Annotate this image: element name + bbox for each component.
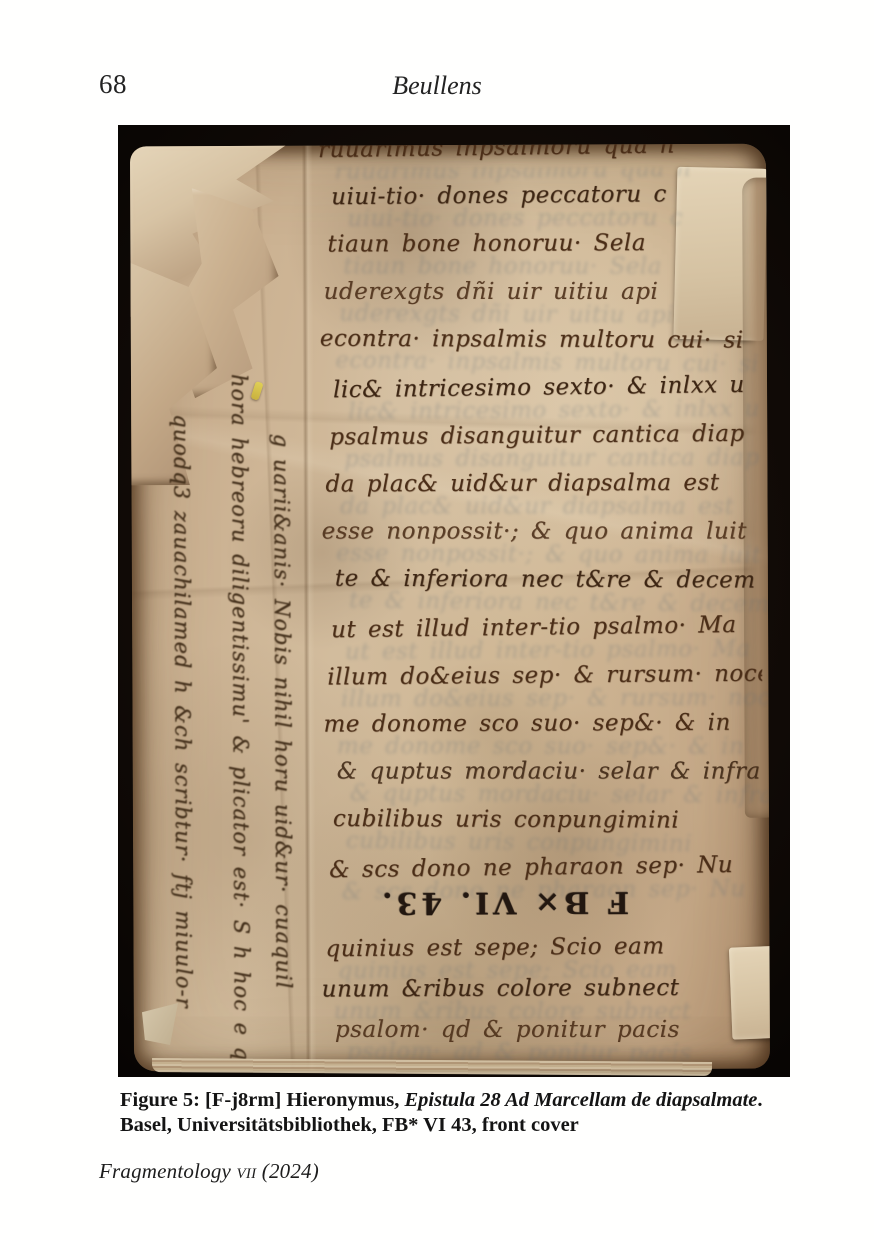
manuscript-line: te & inferiora nec t&re & decem — [335, 566, 756, 594]
journal-footer: Fragmentology vii (2024) — [99, 1159, 319, 1184]
running-head: Beullens — [0, 71, 874, 101]
footer-volume: vii — [237, 1159, 257, 1183]
manuscript-line: quinius est sepe; Scio eam — [325, 933, 664, 962]
marginalia-middle-line: hora hebreoru diligentissimu' & plicator… — [227, 374, 254, 1061]
manuscript-line: unum &ribus colore subnect — [322, 975, 680, 1003]
manuscript-line: illum do&eius sep· & rursum· noce — [327, 661, 764, 691]
manuscript-line: esse nonpossit·; & quo anima luit — [322, 519, 747, 545]
manuscript-line: psalmus disanguitur cantica diap — [329, 421, 745, 451]
manuscript-line: & quptus mordaciu· selar & infra — [337, 759, 761, 785]
footer-year: (2024) — [262, 1159, 319, 1183]
manuscript-line: ruuarimus inpsalmoru qua h — [318, 144, 676, 163]
manuscript-front-cover: ruuarimus inpsalmoru qua huiui-tio· done… — [130, 144, 770, 1072]
manuscript-line: ut est illud inter-tio psalmo· Ma — [331, 612, 737, 643]
caption-lead: Figure 5: [F-j8rm] Hieronymus, — [120, 1089, 404, 1111]
shelfmark-stamp: F B× VI. 43. — [369, 875, 629, 920]
marginalia-inner-line: g uarii&anis· Nobis nihil horu uid&ur· c… — [269, 434, 295, 990]
book-bottom-page-edges — [152, 1058, 712, 1076]
caption-after-title: . — [757, 1089, 762, 1111]
manuscript-text-block: ruuarimus inpsalmoru qua huiui-tio· done… — [318, 144, 764, 1071]
caption-title: Epistula 28 Ad Marcellam de diapsalmate — [404, 1089, 757, 1111]
caption-line2: Basel, Universitätsbibliothek, FB* VI 43… — [120, 1114, 579, 1136]
manuscript-line: psalom· qd & ponitur pacis — [335, 1017, 680, 1043]
journal-page: 68 Beullens ruuarimus inpsalmoru qua hui… — [0, 0, 874, 1240]
parchment-fold — [158, 188, 279, 399]
manuscript-line: uiui-tio· dones peccatoru c — [331, 181, 667, 210]
yellow-thread — [250, 381, 263, 401]
footer-journal: Fragmentology — [99, 1159, 231, 1183]
marginalia-outer-line: quodq3 zauachilamed h &ch scribtur· ftj … — [169, 414, 196, 1008]
manuscript-line: uderexgts dñi uir uitiu api — [324, 279, 659, 305]
manuscript-line: tiaun bone honoruu· Sela — [327, 230, 646, 257]
manuscript-line: lic& intricesimo sexto· & inlxx u — [333, 372, 745, 403]
manuscript-line: econtra· inpsalmis multoru cui· si — [320, 326, 744, 354]
manuscript-line: me donome sco suo· sep&· & in — [323, 710, 730, 738]
manuscript-line: cubilibus uris conpungimini — [333, 806, 679, 834]
parchment-fold — [130, 144, 295, 321]
figure-photo: ruuarimus inpsalmoru qua huiui-tio· done… — [118, 125, 790, 1077]
manuscript-line: da plac& uid&ur diapsalma est — [325, 470, 719, 498]
figure-caption: Figure 5: [F-j8rm] Hieronymus, Epistula … — [120, 1088, 784, 1137]
